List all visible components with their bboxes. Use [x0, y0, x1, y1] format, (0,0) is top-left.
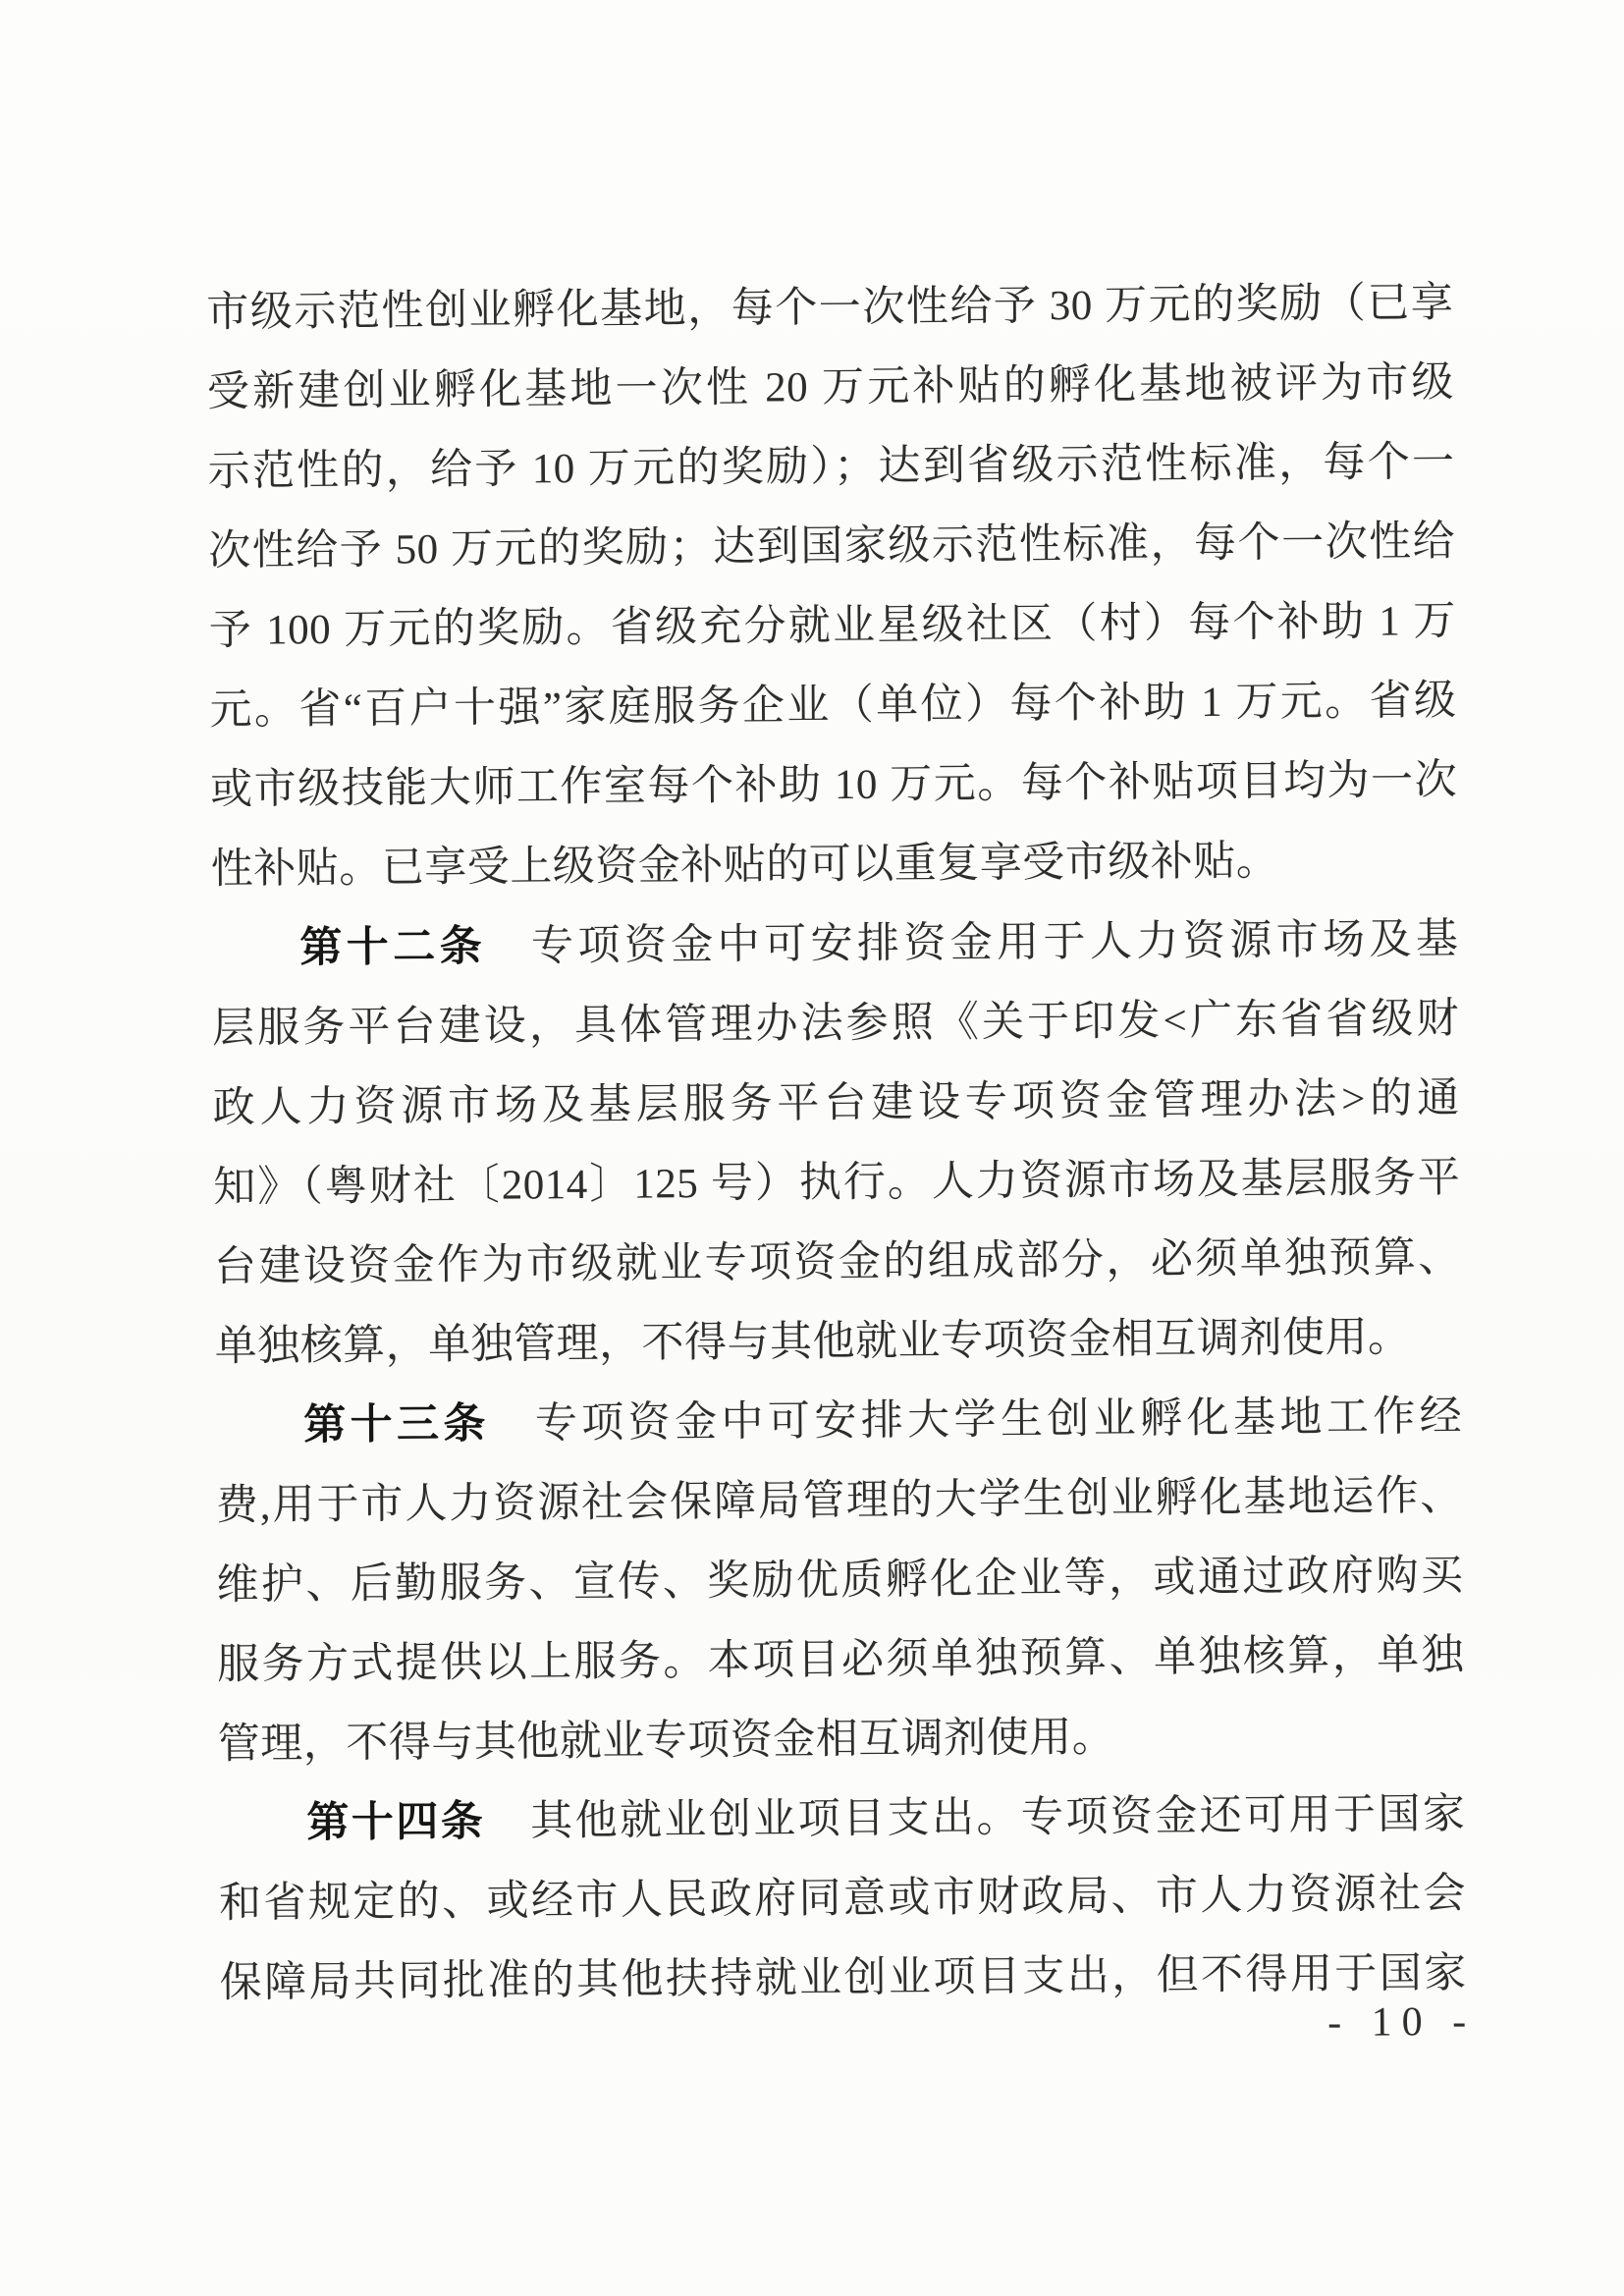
text-line: 层服务平台建设，具体管理办法参照《关于印发<广东省省级财	[212, 979, 1460, 1068]
text-line: 保障局共同批准的其他扶持就业创业项目支出，但不得用于国家	[219, 1934, 1467, 2023]
line-text: 单独核算，单独管理，不得与其他就业专项资金相互调剂使用。	[214, 1314, 1410, 1370]
line-text: 管理，不得与其他就业专项资金相互调剂使用。	[218, 1715, 1115, 1768]
article-heading: 第十二条	[299, 923, 486, 971]
text-line: 第十三条专项资金中可安排大学生创业孵化基地工作经	[215, 1377, 1463, 1466]
page-number: - 10 -	[1327, 1998, 1476, 2047]
line-text: 专项资金中可安排大学生创业孵化基地工作经	[535, 1394, 1463, 1447]
text-line: 政人力资源市场及基层服务平台建设专项资金管理办法>的通	[212, 1059, 1460, 1148]
line-text: 或市级技能大师工作室每个补助 10 万元。每个补贴项目均为一次	[210, 757, 1457, 813]
line-text: 费,用于市人力资源社会保障局管理的大学生创业孵化基地运作、	[216, 1473, 1463, 1529]
line-text: 服务方式提供以上服务。本项目必须单独预算、单独核算，单独	[217, 1632, 1464, 1688]
article-heading: 第十四条	[306, 1798, 485, 1846]
line-text: 性补贴。已享受上级资金补贴的可以重复享受市级补贴。	[211, 838, 1279, 893]
text-line: 受新建创业孵化基地一次性 20 万元补贴的孵化基地被评为市级	[207, 343, 1455, 432]
line-text: 受新建创业孵化基地一次性 20 万元补贴的孵化基地被评为市级	[207, 359, 1454, 415]
text-line: 第十四条其他就业创业项目支出。专项资金还可用于国家	[218, 1775, 1466, 1864]
line-text: 知》（粤财社〔2014〕125 号）执行。人力资源市场及基层服务平	[213, 1155, 1460, 1211]
text-line: 示范性的，给予 10 万元的奖励）；达到省级示范性标准，每个一	[207, 422, 1455, 512]
text-line: 管理，不得与其他就业专项资金相互调剂使用。	[217, 1695, 1465, 1784]
article-heading: 第十三条	[303, 1400, 490, 1449]
text-line: 予 100 万元的奖励。省级充分就业星级社区（村）每个补助 1 万	[209, 581, 1457, 671]
line-text: 维护、后勤服务、宣传、奖励优质孵化企业等，或通过政府购买	[216, 1553, 1463, 1609]
line-text: 次性给予 50 万元的奖励；达到国家级示范性标准，每个一次性给	[208, 519, 1455, 574]
document-text: 市级示范性创业孵化基地，每个一次性给予 30 万元的奖励（已享受新建创业孵化基地…	[206, 263, 1467, 2023]
line-text: 政人力资源市场及基层服务平台建设专项资金管理办法>的通	[212, 1075, 1459, 1131]
scanned-document-page: 市级示范性创业孵化基地，每个一次性给予 30 万元的奖励（已享受新建创业孵化基地…	[0, 0, 1624, 2296]
line-text: 其他就业创业项目支出。专项资金还可用于国家	[530, 1791, 1466, 1844]
text-line: 元。省“百户十强”家庭服务企业（单位）每个补助 1 万元。省级	[209, 661, 1457, 750]
line-text: 层服务平台建设，具体管理办法参照《关于印发<广东省省级财	[212, 996, 1459, 1052]
line-text: 元。省“百户十强”家庭服务企业（单位）每个补助 1 万元。省级	[209, 678, 1456, 734]
line-text: 台建设资金作为市级就业专项资金的组成部分，必须单独预算、	[214, 1234, 1461, 1290]
text-line: 知》（粤财社〔2014〕125 号）执行。人力资源市场及基层服务平	[213, 1138, 1461, 1228]
text-line: 服务方式提供以上服务。本项目必须单独预算、单独核算，单独	[217, 1615, 1465, 1705]
text-line: 台建设资金作为市级就业专项资金的组成部分，必须单独预算、	[214, 1218, 1462, 1307]
text-line: 费,用于市人力资源社会保障局管理的大学生创业孵化基地运作、	[216, 1456, 1464, 1546]
text-line: 或市级技能大师工作室每个补助 10 万元。每个补贴项目均为一次	[210, 740, 1458, 830]
text-line: 单独核算，单独管理，不得与其他就业专项资金相互调剂使用。	[214, 1297, 1462, 1387]
line-text: 和省规定的、或经市人民政府同意或市财政局、市人力资源社会	[219, 1871, 1466, 1927]
text-line: 性补贴。已享受上级资金补贴的可以重复享受市级补贴。	[210, 820, 1458, 909]
line-text: 予 100 万元的奖励。省级充分就业星级社区（村）每个补助 1 万	[209, 598, 1456, 654]
text-line: 次性给予 50 万元的奖励；达到国家级示范性标准，每个一次性给	[208, 502, 1456, 591]
line-text: 专项资金中可安排资金用于人力资源市场及基	[531, 916, 1459, 969]
text-line: 和省规定的、或经市人民政府同意或市财政局、市人力资源社会	[219, 1854, 1467, 1943]
text-line: 第十二条专项资金中可安排资金用于人力资源市场及基	[211, 900, 1459, 989]
line-text: 示范性的，给予 10 万元的奖励）；达到省级示范性标准，每个一	[207, 439, 1454, 495]
line-text: 保障局共同批准的其他扶持就业创业项目支出，但不得用于国家	[219, 1950, 1466, 2006]
text-line: 市级示范性创业孵化基地，每个一次性给予 30 万元的奖励（已享	[206, 263, 1454, 353]
line-text: 市级示范性创业孵化基地，每个一次性给予 30 万元的奖励（已享	[206, 280, 1453, 336]
text-line: 维护、后勤服务、宣传、奖励优质孵化企业等，或通过政府购买	[216, 1536, 1464, 1625]
